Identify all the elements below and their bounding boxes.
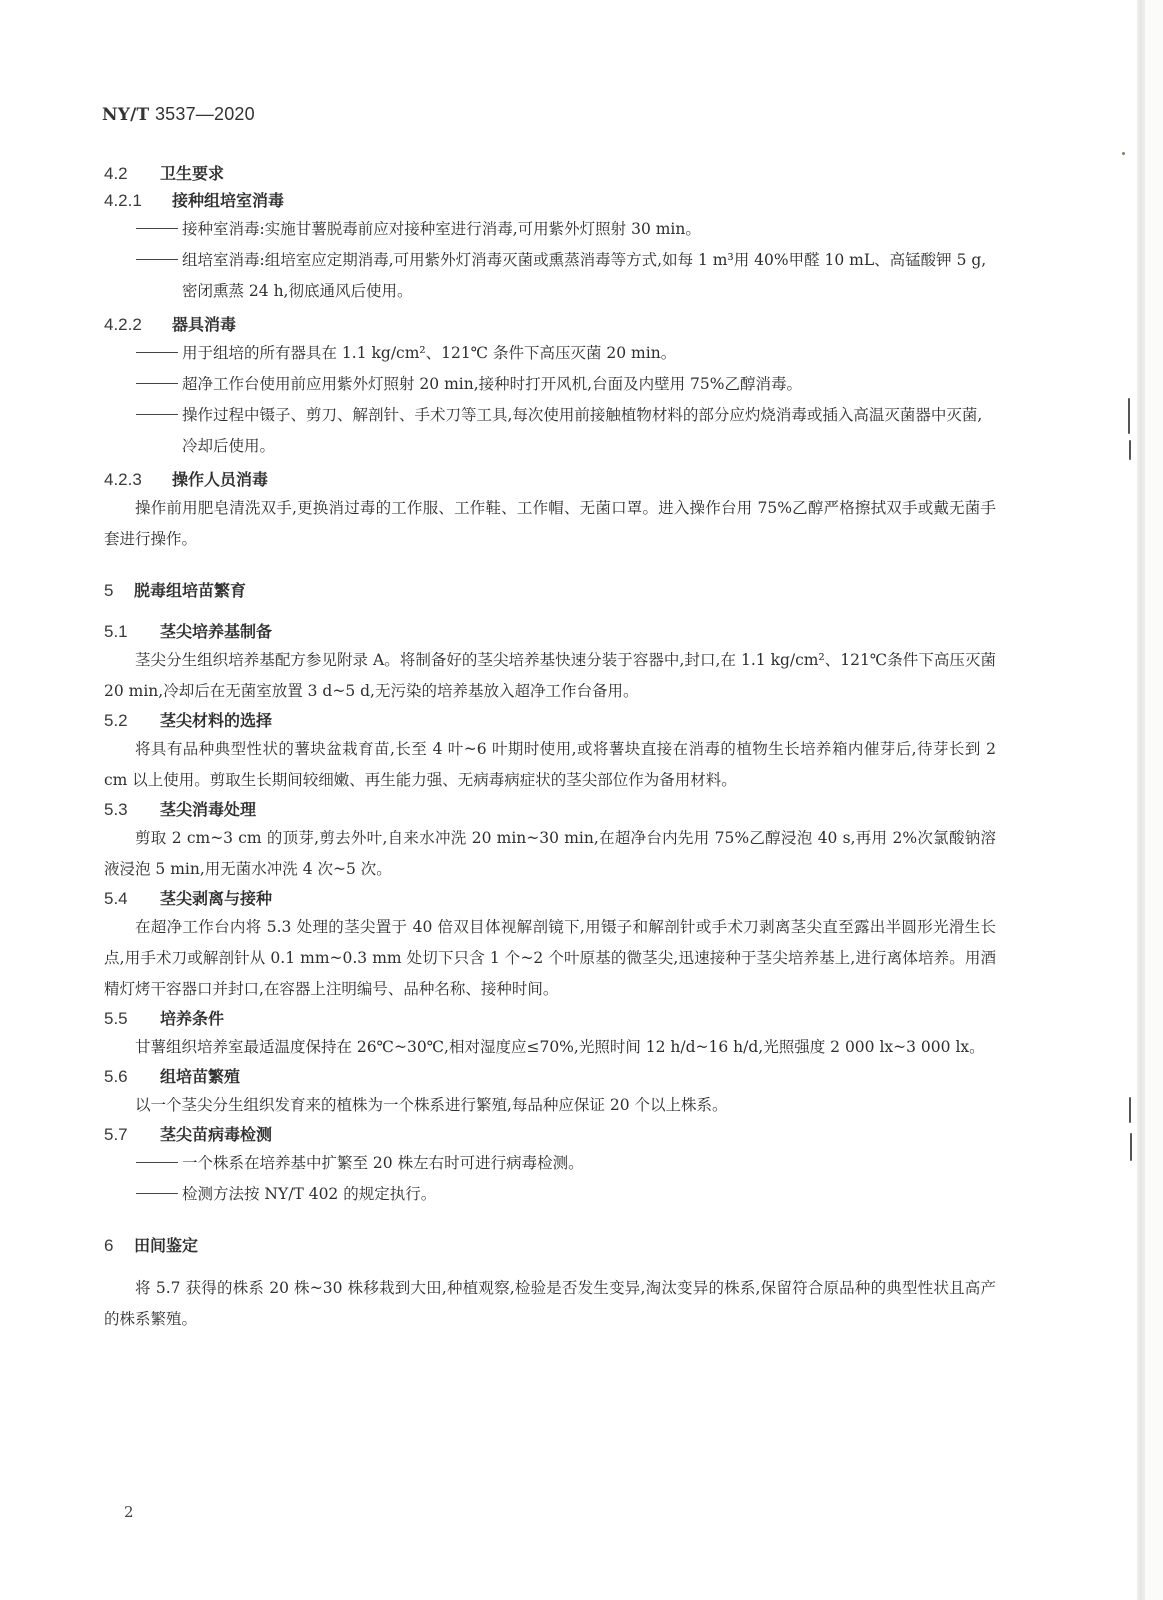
list-item: 接种室消毒:实施甘薯脱毒前应对接种室进行消毒,可用紫外灯照射 30 min。 <box>120 214 996 245</box>
section-number: 5.6 <box>104 1063 160 1090</box>
section-number: 5 <box>104 577 134 604</box>
section-title: 茎尖消毒处理 <box>160 800 256 819</box>
section-heading-5-5: 5.5培养条件 <box>104 1005 996 1032</box>
section-number: 5.2 <box>104 707 160 734</box>
page-number: 2 <box>124 1503 134 1521</box>
section-heading-5-7: 5.7茎尖苗病毒检测 <box>104 1121 996 1148</box>
section-number: 5.4 <box>104 885 160 912</box>
section-heading-5-6: 5.6组培苗繁殖 <box>104 1063 996 1090</box>
section-heading-5-2: 5.2茎尖材料的选择 <box>104 707 996 734</box>
section-heading-4-2: 4.2卫生要求 <box>104 160 996 187</box>
dash-bullet <box>136 369 182 400</box>
binding-edge <box>1137 0 1145 1600</box>
section-number: 6 <box>104 1232 134 1259</box>
section-heading-4-2-3: 4.2.3操作人员消毒 <box>104 466 996 493</box>
section-heading-5-3: 5.3茎尖消毒处理 <box>104 796 996 823</box>
list-item: 一个株系在培养基中扩繁至 20 株左右时可进行病毒检测。 <box>120 1148 996 1179</box>
section-number: 4.2.2 <box>104 311 172 338</box>
section-heading-5-4: 5.4茎尖剥离与接种 <box>104 885 996 912</box>
section-title: 田间鉴定 <box>134 1236 198 1255</box>
section-title: 器具消毒 <box>172 315 236 334</box>
binding-shade <box>1145 0 1163 1600</box>
paragraph: 将具有品种典型性状的薯块盆栽育苗,长至 4 叶~6 叶期时使用,或将薯块直接在消… <box>104 734 996 796</box>
document-page: NY/T 3537—2020 4.2卫生要求 4.2.1接种组培室消毒 接种室消… <box>0 0 1163 1600</box>
section-heading-6: 6田间鉴定 <box>104 1232 996 1259</box>
section-title: 组培苗繁殖 <box>160 1067 240 1086</box>
dash-bullet <box>136 1148 182 1179</box>
list-item: 检测方法按 NY/T 402 的规定执行。 <box>120 1179 996 1210</box>
section-number: 5.3 <box>104 796 160 823</box>
section-title: 卫生要求 <box>160 164 224 183</box>
dash-bullet <box>136 1179 182 1210</box>
staple-mark-top-1 <box>1128 398 1130 434</box>
scan-speck <box>1122 152 1125 155</box>
section-number: 5.5 <box>104 1005 160 1032</box>
list-item: 用于组培的所有器具在 1.1 kg/cm²、121℃ 条件下高压灭菌 20 mi… <box>120 338 996 369</box>
list-item: 超净工作台使用前应用紫外灯照射 20 min,接种时打开风机,台面及内壁用 75… <box>120 369 996 400</box>
section-number: 4.2.3 <box>104 466 172 493</box>
paragraph: 以一个茎尖分生组织发育来的植株为一个株系进行繁殖,每品种应保证 20 个以上株系… <box>104 1090 996 1121</box>
section-title: 茎尖苗病毒检测 <box>160 1125 272 1144</box>
section-number: 5.1 <box>104 618 160 645</box>
staple-mark-bottom-2 <box>1130 1133 1132 1161</box>
dash-bullet <box>136 245 182 276</box>
document-body: 4.2卫生要求 4.2.1接种组培室消毒 接种室消毒:实施甘薯脱毒前应对接种室进… <box>104 160 996 1335</box>
list-item: 操作过程中镊子、剪刀、解剖针、手术刀等工具,每次使用前接触植物材料的部分应灼烧消… <box>120 400 996 462</box>
paragraph: 在超净工作台内将 5.3 处理的茎尖置于 40 倍双目体视解剖镜下,用镊子和解剖… <box>104 912 996 1005</box>
section-title: 茎尖培养基制备 <box>160 622 272 641</box>
standard-code: NY/T <box>102 105 149 125</box>
section-title: 茎尖剥离与接种 <box>160 889 272 908</box>
section-title: 茎尖材料的选择 <box>160 711 272 730</box>
staple-mark-bottom-1 <box>1129 1097 1131 1123</box>
paragraph: 操作前用肥皂清洗双手,更换消过毒的工作服、工作鞋、工作帽、无菌口罩。进入操作台用… <box>104 493 996 555</box>
section-number: 4.2 <box>104 160 160 187</box>
dash-bullet <box>136 338 182 369</box>
section-heading-4-2-2: 4.2.2器具消毒 <box>104 311 996 338</box>
section-heading-4-2-1: 4.2.1接种组培室消毒 <box>104 187 996 214</box>
section-number: 4.2.1 <box>104 187 172 214</box>
staple-mark-top-2 <box>1129 440 1131 460</box>
dash-bullet <box>136 214 182 245</box>
paragraph: 将 5.7 获得的株系 20 株~30 株移栽到大田,种植观察,检验是否发生变异… <box>104 1273 996 1335</box>
paragraph: 剪取 2 cm~3 cm 的顶芽,剪去外叶,自来水冲洗 20 min~30 mi… <box>104 823 996 885</box>
document-header: NY/T 3537—2020 <box>102 104 255 125</box>
standard-number: 3537—2020 <box>155 104 255 124</box>
section-heading-5: 5脱毒组培苗繁育 <box>104 577 996 604</box>
section-title: 操作人员消毒 <box>172 470 268 489</box>
paragraph: 甘薯组织培养室最适温度保持在 26℃~30℃,相对湿度应≤70%,光照时间 12… <box>104 1032 996 1063</box>
section-title: 接种组培室消毒 <box>172 191 284 210</box>
section-title: 脱毒组培苗繁育 <box>134 581 246 600</box>
section-heading-5-1: 5.1茎尖培养基制备 <box>104 618 996 645</box>
paragraph: 茎尖分生组织培养基配方参见附录 A。将制备好的茎尖培养基快速分装于容器中,封口,… <box>104 645 996 707</box>
section-number: 5.7 <box>104 1121 160 1148</box>
dash-bullet <box>136 400 182 431</box>
list-item: 组培室消毒:组培室应定期消毒,可用紫外灯消毒灭菌或熏蒸消毒等方式,如每 1 m³… <box>120 245 996 307</box>
section-title: 培养条件 <box>160 1009 224 1028</box>
